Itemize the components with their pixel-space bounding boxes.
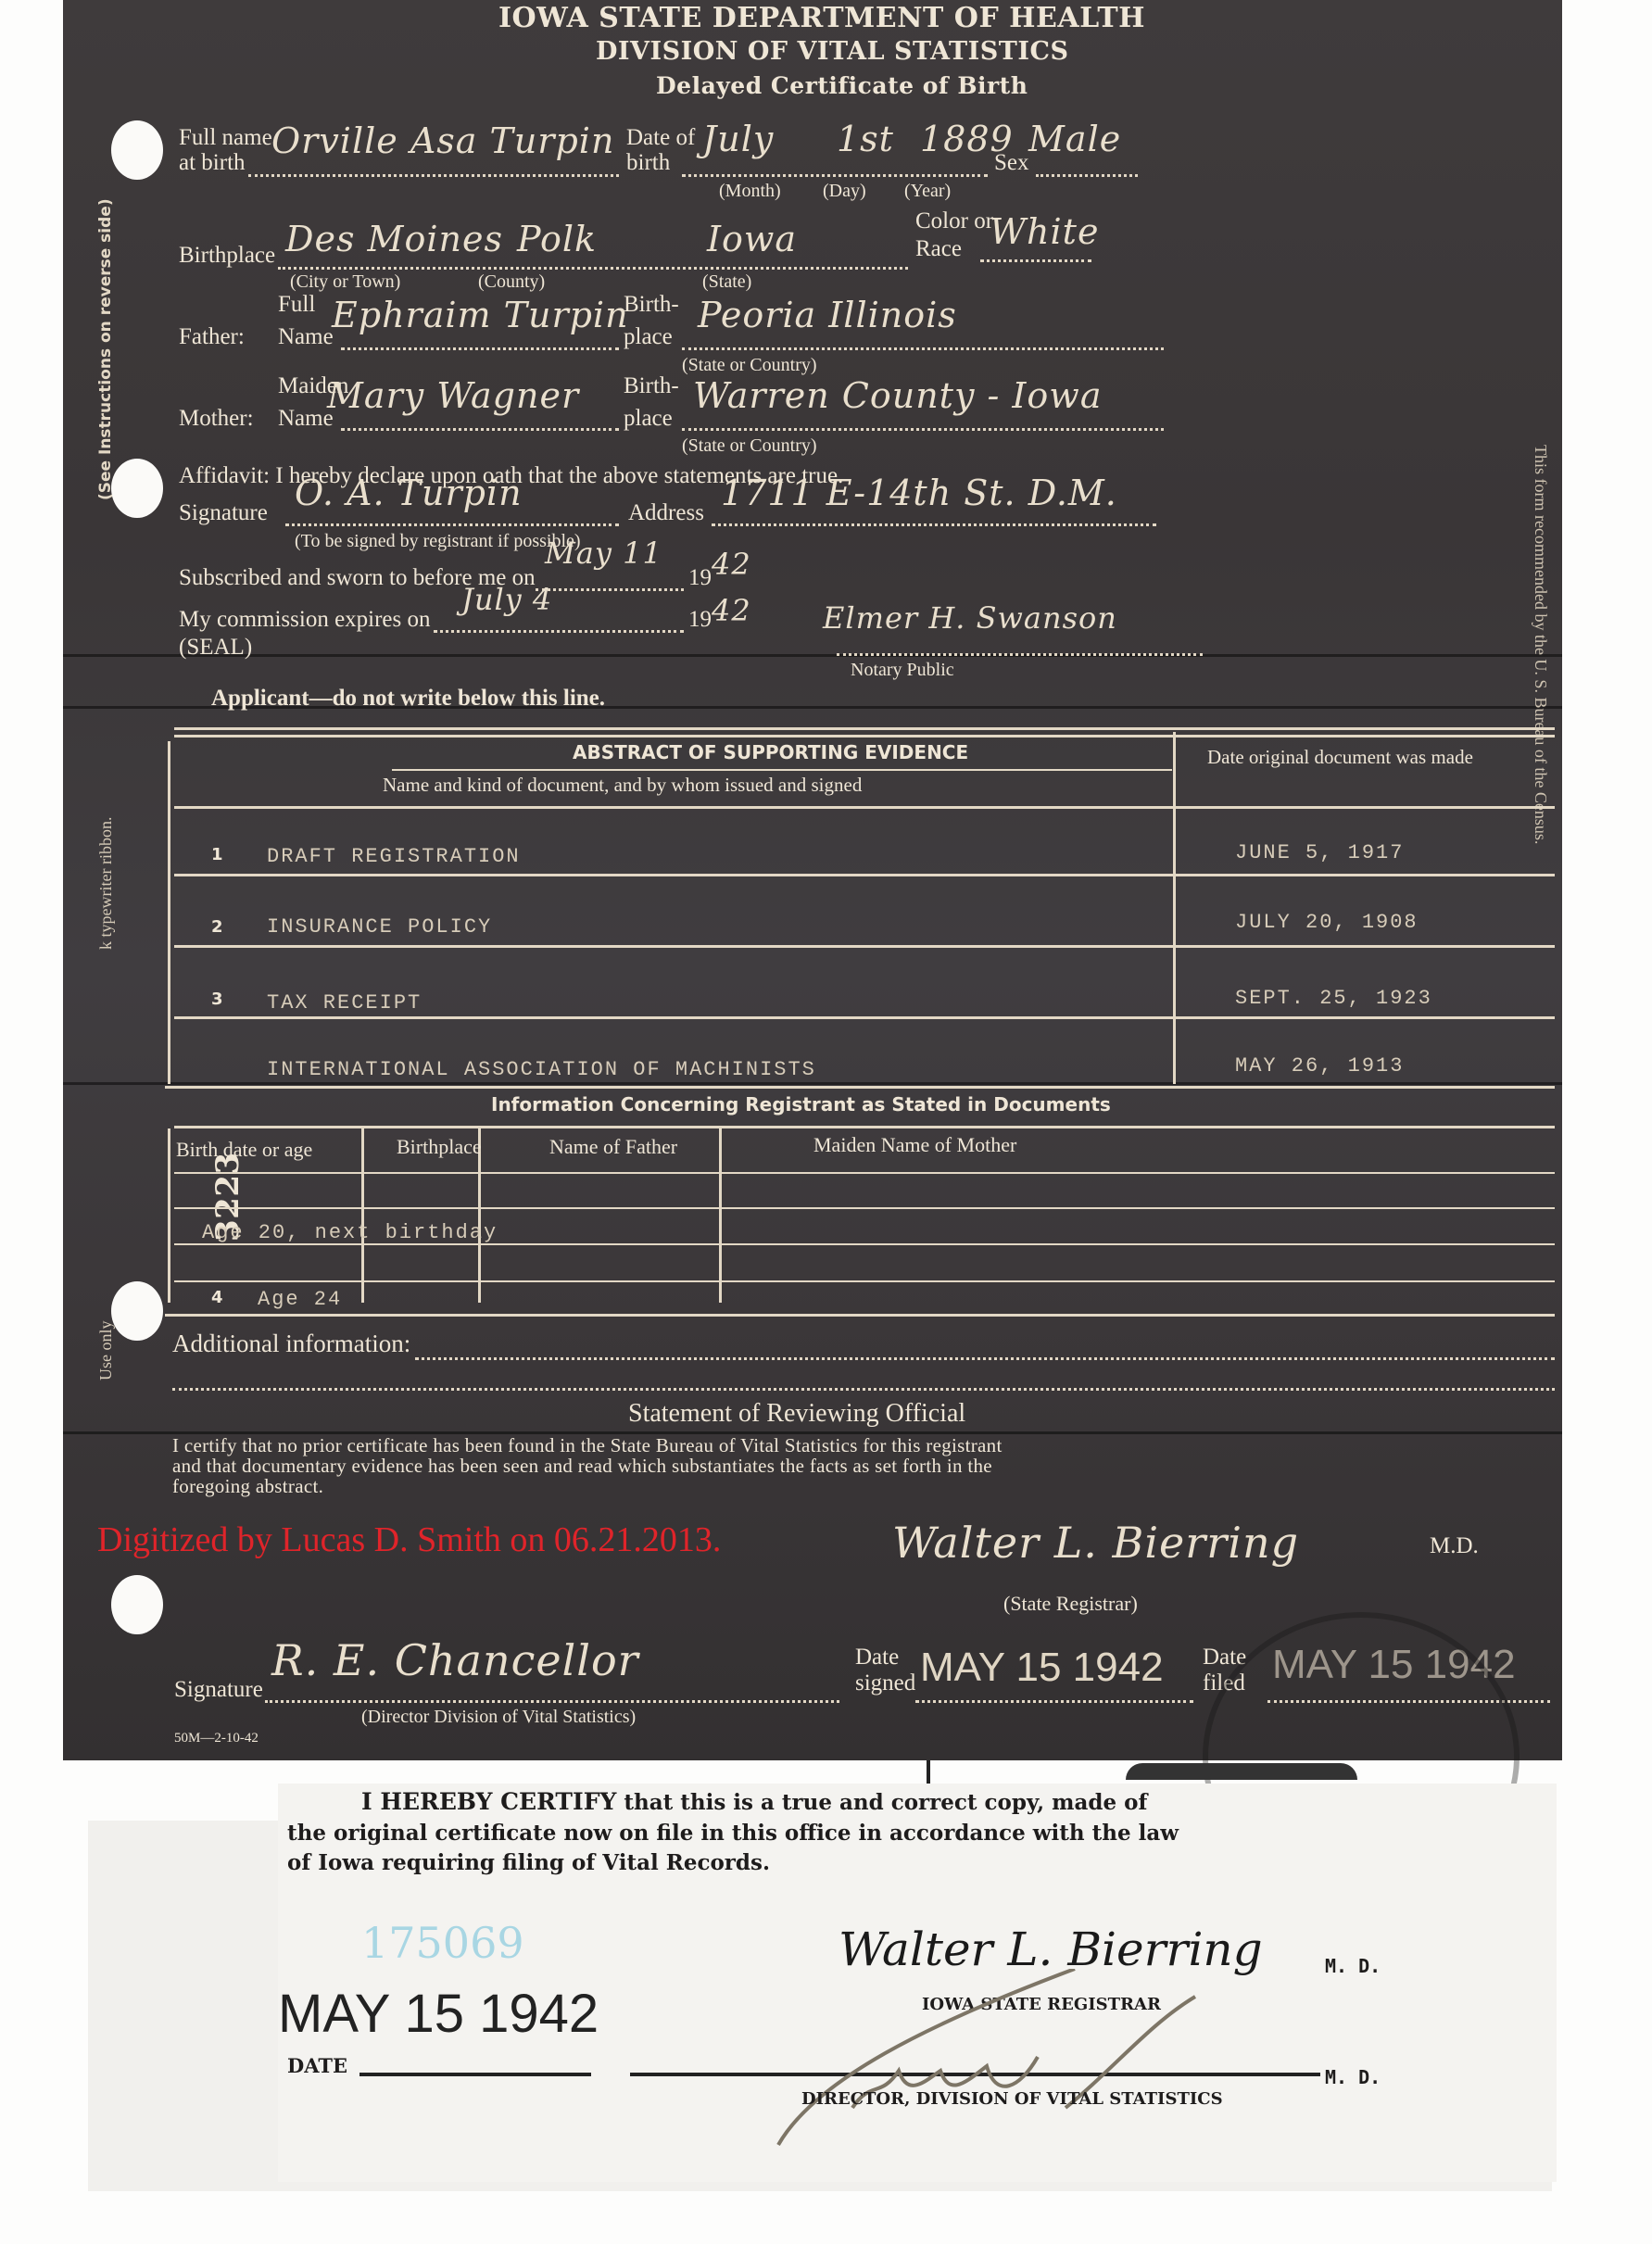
fold-line xyxy=(63,1082,1562,1085)
info-vrule xyxy=(361,1128,364,1303)
notary-signature: Elmer H. Swanson xyxy=(823,600,1117,636)
evidence-vrule xyxy=(1173,732,1176,1084)
serial-stamp: 175069 xyxy=(361,1918,524,1968)
sworn-year-prefix: 19 xyxy=(688,565,712,591)
full-name-label: Full name xyxy=(179,125,272,151)
registrant-signature: O. A. Turpin xyxy=(295,473,523,513)
month-caption: (Month) xyxy=(719,181,781,202)
signature-line xyxy=(285,523,619,526)
row-number: 4 xyxy=(211,1288,223,1307)
address-line xyxy=(712,523,1156,526)
father-name-value: Ephraim Turpin xyxy=(332,295,629,335)
info-title: Information Concerning Registrant as Sta… xyxy=(491,1093,1111,1116)
day-caption: (Day) xyxy=(823,181,866,202)
director-signature-line xyxy=(265,1700,839,1703)
signature-caption: (To be signed by registrant if possible) xyxy=(295,531,581,552)
date-line xyxy=(359,2073,591,2076)
father-birthplace-value: Peoria Illinois xyxy=(698,295,957,335)
certificate-photostat: (See Instructions on reverse side) k typ… xyxy=(63,0,1562,1760)
info-age-value: Age 20, next birthday xyxy=(202,1221,498,1244)
staple-mark xyxy=(927,1760,930,1786)
info-header-birthplace: Birthplace xyxy=(397,1135,482,1159)
state-caption: (State) xyxy=(702,271,751,293)
birthplace-line xyxy=(278,267,908,270)
evidence-col2-header: Date original document was made xyxy=(1207,746,1513,769)
birth-city: Des Moines xyxy=(285,219,503,259)
director-signature: R. E. Chancellor xyxy=(271,1635,639,1685)
sex-line xyxy=(1036,174,1138,177)
date-signed-line xyxy=(915,1700,1193,1703)
father-birthplace-label: Birth- xyxy=(624,292,679,318)
evidence-rule xyxy=(174,874,1555,876)
info-rule xyxy=(174,1243,1555,1245)
row-number: 1 xyxy=(211,845,223,864)
date-signed-label-2: signed xyxy=(855,1670,915,1696)
sworn-year: 42 xyxy=(712,547,751,582)
additional-info-line-2 xyxy=(172,1388,1555,1391)
margin-ribbon-note: k typewriter ribbon. xyxy=(96,817,116,950)
margin-census-note: This form recommended by the U. S. Burea… xyxy=(1531,445,1550,844)
birth-state: Iowa xyxy=(707,219,797,259)
full-name-line xyxy=(248,174,619,177)
info-rule xyxy=(174,1207,1555,1209)
father-name-label: Full xyxy=(278,292,315,318)
certify-director-caption: DIRECTOR, DIVISION OF VITAL STATISTICS xyxy=(801,2089,1223,2109)
additional-info-label: Additional information: xyxy=(172,1330,410,1358)
mother-name-label-2: Name xyxy=(278,406,334,432)
info-rule xyxy=(174,1172,1555,1174)
digitization-watermark: Digitized by Lucas D. Smith on 06.21.201… xyxy=(97,1519,721,1560)
commission-year: 42 xyxy=(712,593,751,628)
mother-birthplace-line xyxy=(682,428,1164,431)
mother-birthplace-value: Warren County - Iowa xyxy=(693,375,1103,416)
info-rule xyxy=(174,1126,1555,1128)
info-header-father: Name of Father xyxy=(549,1135,677,1159)
evidence-document: DRAFT REGISTRATION xyxy=(267,845,521,868)
mother-birthplace-label-2: place xyxy=(624,406,673,432)
info-rule xyxy=(165,1314,1555,1317)
sworn-date: May 11 xyxy=(545,536,662,571)
info-age-value: Age 24 xyxy=(258,1288,342,1311)
evidence-title: ABSTRACT OF SUPPORTING EVIDENCE xyxy=(573,741,968,763)
sex-value: Male xyxy=(1028,119,1121,159)
evidence-col1-header: Name and kind of document, and by whom i… xyxy=(383,774,862,797)
race-value: White xyxy=(990,211,1099,252)
review-title: Statement of Reviewing Official xyxy=(628,1399,965,1429)
certification-date-stamp: MAY 15 1942 xyxy=(278,1983,599,2045)
date-signed-stamp: MAY 15 1942 xyxy=(920,1645,1164,1691)
header-form-title: Delayed Certificate of Birth xyxy=(656,72,1028,99)
race-line xyxy=(980,259,1091,262)
father-label: Father: xyxy=(179,324,245,350)
margin-use-only: Use only xyxy=(96,1321,116,1381)
evidence-document: INSURANCE POLICY xyxy=(267,915,492,939)
certification-slip: I HEREBY CERTIFY that this is a true and… xyxy=(278,1784,1557,2182)
certify-text: that this is a true and correct copy, ma… xyxy=(616,1790,1147,1815)
address-label: Address xyxy=(628,500,704,526)
info-rule xyxy=(165,1086,1555,1089)
commission-year-prefix: 19 xyxy=(688,607,712,633)
state-registrar-signature: Walter L. Bierring xyxy=(892,1518,1299,1568)
certify-date-label: DATE xyxy=(287,2054,347,2077)
county-caption: (County) xyxy=(478,271,545,293)
sex-label: Sex xyxy=(994,150,1029,176)
commission-date: July 4 xyxy=(461,582,552,617)
punch-hole xyxy=(111,459,163,518)
certify-lead: I HEREBY CERTIFY that this is a true and… xyxy=(361,1788,1147,1815)
mother-name-value: Mary Wagner xyxy=(327,375,579,416)
year-caption: (Year) xyxy=(904,181,951,202)
row-number: 2 xyxy=(211,917,223,937)
mother-birthplace-label: Birth- xyxy=(624,373,679,399)
evidence-rule xyxy=(174,945,1555,948)
evidence-document: TAX RECEIPT xyxy=(267,991,422,1015)
signature-label: Signature xyxy=(179,500,268,526)
father-bp-caption: (State or Country) xyxy=(682,355,817,376)
address-value: 1711 E-14th St. D.M. xyxy=(721,473,1117,513)
certify-text: the original certificate now on file in … xyxy=(287,1821,1179,1846)
applicant-notice: Applicant—do not write below this line. xyxy=(211,686,605,712)
info-rule xyxy=(174,1280,1555,1282)
race-label-2: Race xyxy=(915,236,962,262)
review-text: foregoing abstract. xyxy=(172,1475,323,1498)
registrar-caption: (State Registrar) xyxy=(1003,1592,1138,1616)
full-name-label-2: at birth xyxy=(179,150,246,176)
form-number: 50M—2-10-42 xyxy=(174,1731,259,1746)
dob-day: 1st xyxy=(837,119,894,159)
commission-date-line xyxy=(434,630,684,633)
father-birthplace-line xyxy=(682,347,1164,350)
evidence-vrule xyxy=(168,741,170,1084)
tab-edge xyxy=(1126,1763,1357,1780)
certify-text: of Iowa requiring filing of Vital Record… xyxy=(287,1850,770,1875)
dob-label-2: birth xyxy=(626,150,670,176)
notary-caption: Notary Public xyxy=(851,660,954,681)
evidence-rule xyxy=(174,727,1555,730)
header-division: DIVISION OF VITAL STATISTICS xyxy=(596,37,1068,66)
birthplace-label: Birthplace xyxy=(179,243,275,269)
dob-month: July xyxy=(702,119,774,159)
director-signature-label: Signature xyxy=(174,1677,263,1703)
info-vrule xyxy=(719,1128,722,1303)
evidence-date: MAY 26, 1913 xyxy=(1235,1054,1404,1078)
certify-director-md: M. D. xyxy=(1325,2066,1381,2088)
full-name-value: Orville Asa Turpin xyxy=(271,120,614,161)
registrar-md: M.D. xyxy=(1430,1533,1479,1559)
certify-registrar-md: M. D. xyxy=(1325,1955,1381,1977)
date-signed-label: Date xyxy=(855,1645,899,1670)
punch-hole xyxy=(111,1281,163,1341)
commission-label: My commission expires on xyxy=(179,607,431,633)
margin-instructions: (See Instructions on reverse side) xyxy=(96,198,115,500)
evidence-rule xyxy=(392,769,1172,771)
father-name-line xyxy=(341,347,619,350)
sworn-date-line xyxy=(536,588,684,591)
director-signature-scrawl xyxy=(741,1969,1242,2154)
info-header-mother: Maiden Name of Mother xyxy=(813,1133,1016,1157)
additional-info-line xyxy=(415,1357,1555,1360)
mother-name-line xyxy=(341,428,619,431)
evidence-date: SEPT. 25, 1923 xyxy=(1235,987,1432,1010)
evidence-rule xyxy=(174,806,1555,809)
evidence-document: INTERNATIONAL ASSOCIATION OF MACHINISTS xyxy=(267,1058,816,1081)
evidence-rule xyxy=(174,735,1555,737)
info-header-age: Birth date or age xyxy=(176,1138,312,1162)
info-vrule xyxy=(168,1128,170,1303)
notary-line xyxy=(837,653,1203,656)
father-birthplace-label-2: place xyxy=(624,324,673,350)
dob-line xyxy=(682,174,988,177)
evidence-date: JULY 20, 1908 xyxy=(1235,911,1419,934)
mother-label: Mother: xyxy=(179,406,254,432)
father-name-label-2: Name xyxy=(278,324,334,350)
row-number: 3 xyxy=(211,990,223,1009)
director-caption: (Director Division of Vital Statistics) xyxy=(361,1707,636,1728)
punch-hole xyxy=(111,120,163,180)
certify-lead-text: I HEREBY CERTIFY xyxy=(361,1788,616,1815)
evidence-date: JUNE 5, 1917 xyxy=(1235,841,1404,864)
birth-county: Polk xyxy=(517,219,597,259)
punch-hole xyxy=(111,1575,163,1634)
race-label: Color or xyxy=(915,208,993,234)
city-caption: (City or Town) xyxy=(290,271,400,293)
dob-label: Date of xyxy=(626,125,695,151)
seal-label: (SEAL) xyxy=(179,635,252,661)
fold-line xyxy=(63,654,1562,657)
evidence-rule xyxy=(174,1016,1555,1019)
mother-bp-caption: (State or Country) xyxy=(682,435,817,457)
header-department: IOWA STATE DEPARTMENT OF HEALTH xyxy=(498,2,1145,34)
